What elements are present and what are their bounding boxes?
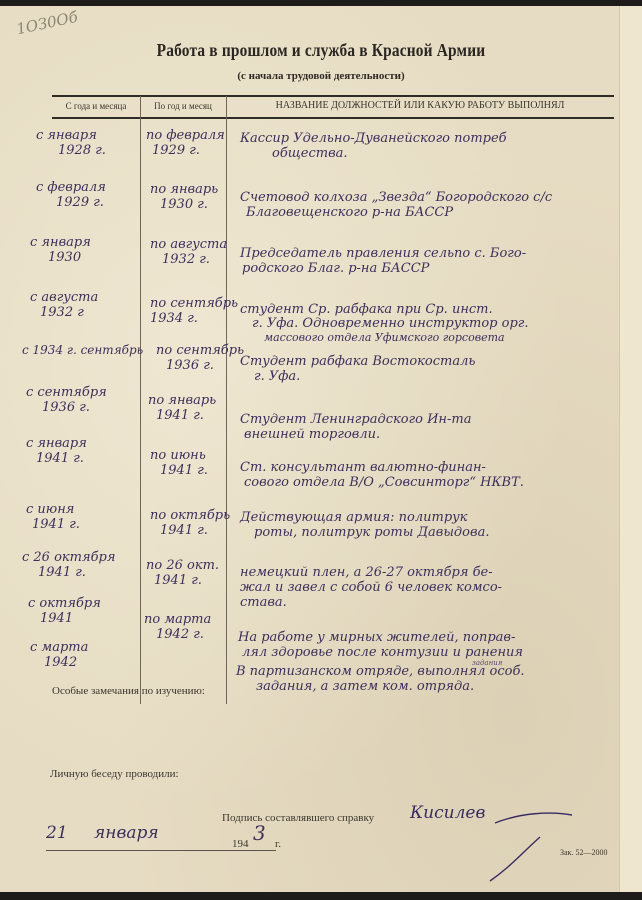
entry-insertion: задания — [472, 656, 502, 671]
date-underline — [46, 850, 276, 851]
entry-to: по октябрь1941 г. — [150, 508, 230, 538]
entry-position: Счетовод колхоза „Звезда“ Богородского с… — [240, 190, 552, 220]
interview-label: Личную беседу проводили: — [50, 768, 179, 780]
column-header-to: По год и месяц — [140, 96, 226, 116]
entry-position: немецкий плен, а 26-27 октября бе-жал и … — [240, 565, 502, 610]
entry-to: по февраля1929 г. — [146, 128, 225, 158]
entry-to: по сентябрь1934 г. — [150, 296, 238, 326]
entry-position: Кассир Удельно-Дуванейского потребобщест… — [240, 131, 507, 161]
entry-from: с августа1932 г — [30, 290, 98, 320]
entry-from: с января1941 г. — [26, 436, 87, 466]
signature-flourish — [440, 805, 580, 885]
entry-from: с января1930 — [30, 235, 91, 265]
page-subtitle: (с начала трудовой деятельности) — [0, 70, 642, 82]
signature-label: Подпись составлявшего справку — [222, 812, 374, 824]
date-month: января — [94, 826, 159, 841]
entry-to: по июнь1941 г. — [150, 448, 208, 478]
column-header-position: НАЗВАНИЕ ДОЛЖНОСТЕЙ ИЛИ КАКУЮ РАБОТУ ВЫП… — [226, 96, 614, 116]
entry-position: студент Ср. рабфака при Ср. инст.г. Уфа.… — [240, 303, 528, 345]
entry-from: с марта1942 — [30, 640, 88, 670]
entry-from: с октября1941 — [28, 596, 101, 626]
print-order-number: Зак. 52—2000 — [560, 848, 607, 857]
entry-to: по 26 окт.1941 г. — [146, 558, 219, 588]
entry-from: с 1934 г. сентябрь — [22, 343, 143, 358]
date-day: 21 — [46, 826, 68, 841]
page-edge — [619, 6, 642, 892]
entry-position: Действующая армия: политрукроты, политру… — [240, 510, 489, 540]
entry-from: с 26 октября1941 г. — [22, 550, 115, 580]
column-divider-1 — [140, 96, 141, 704]
entry-from: с сентября1936 г. — [26, 385, 107, 415]
entry-from: с июня1941 г. — [26, 502, 80, 532]
entry-position: Студент Ленинградского Ин-тавнешней торг… — [240, 412, 471, 442]
column-header-from: С года и месяца — [52, 96, 140, 116]
entry-position: Ст. консультант валютно-финан-сового отд… — [240, 460, 524, 490]
entry-to: по сентябрь1936 г. — [156, 343, 244, 373]
column-divider-2 — [226, 96, 227, 704]
entry-position: Председатель правления сельпо с. Бого-ро… — [240, 246, 526, 276]
entry-to: по январь1930 г. — [150, 182, 218, 212]
remarks-label: Особые замечания по изучению: — [52, 685, 205, 697]
entry-from: с января1928 г. — [36, 128, 106, 158]
entry-to: по августа1932 г. — [150, 237, 227, 267]
date-year-prefix: 194 — [232, 838, 249, 850]
entry-position: Студент рабфака Востокостальг. Уфа. — [240, 354, 475, 384]
entry-to: по январь1941 г. — [148, 393, 216, 423]
table-header-rule — [52, 117, 614, 119]
date-year-suffix: 3 — [253, 826, 266, 841]
page-title: Работа в прошлом и служба в Красной Арми… — [39, 40, 604, 61]
entry-to: по марта1942 г. — [144, 612, 211, 642]
date-year-unit: г. — [275, 838, 281, 850]
entry-from: с февраля1929 г. — [36, 180, 106, 210]
